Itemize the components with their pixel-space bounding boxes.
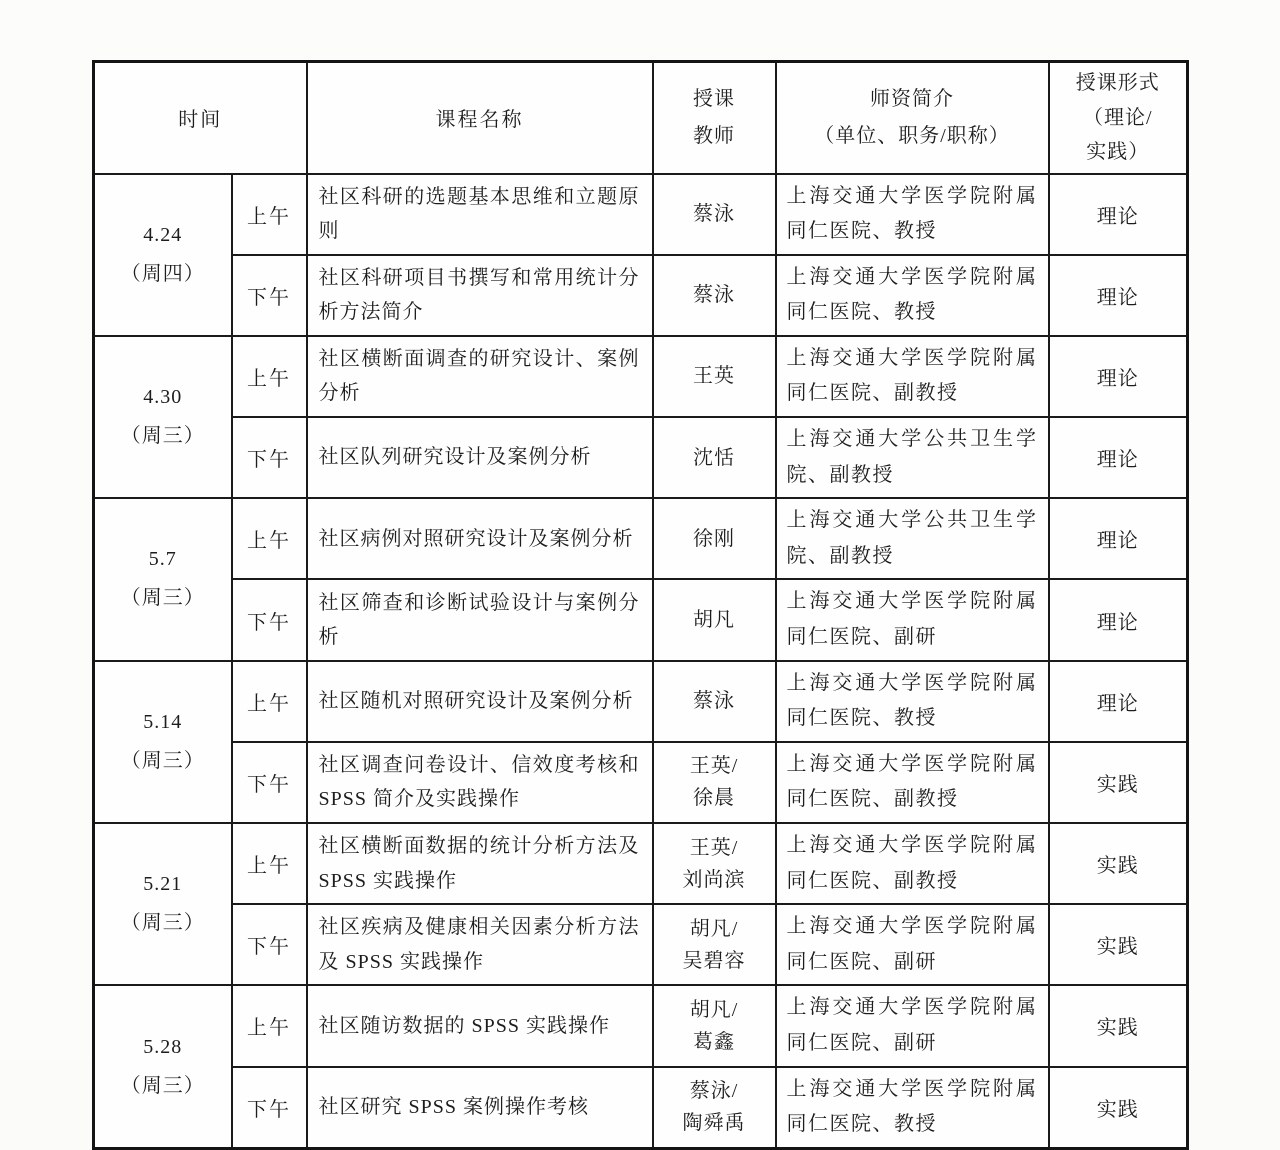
course-cell: 社区疾病及健康相关因素分析方法及 SPSS 实践操作 <box>307 904 653 985</box>
date-text: 5.14 <box>143 711 182 733</box>
teacher-cell: 蔡泳 <box>653 174 776 255</box>
profile-cell: 上海交通大学医学院附属同仁医院、副教授 <box>776 823 1049 904</box>
form-cell: 理论 <box>1049 579 1188 660</box>
date-text: 4.24 <box>143 224 182 246</box>
table-row: 下午 社区科研项目书撰写和常用统计分析方法简介 蔡泳 上海交通大学医学院附属同仁… <box>94 255 1188 336</box>
form-cell: 理论 <box>1049 255 1188 336</box>
table-row: 下午 社区调查问卷设计、信效度考核和 SPSS 简介及实践操作 王英/ 徐晨 上… <box>94 742 1188 823</box>
course-cell: 社区横断面调查的研究设计、案例分析 <box>307 336 653 417</box>
profile-cell: 上海交通大学公共卫生学院、副教授 <box>776 417 1049 498</box>
period-cell: 下午 <box>232 255 307 336</box>
course-schedule-table: 时间 课程名称 授课 教师 师资简介 （单位、职务/职称） 授课形式 （理论/ … <box>92 60 1189 1150</box>
table-row: 4.24（周四） 上午 社区科研的选题基本思维和立题原则 蔡泳 上海交通大学医学… <box>94 174 1188 255</box>
course-cell: 社区队列研究设计及案例分析 <box>307 417 653 498</box>
weekday-text: （周三） <box>121 912 205 934</box>
date-cell: 5.21（周三） <box>94 823 232 985</box>
period-cell: 上午 <box>232 336 307 417</box>
table-row: 5.21（周三） 上午 社区横断面数据的统计分析方法及 SPSS 实践操作 王英… <box>94 823 1188 904</box>
profile-cell: 上海交通大学医学院附属同仁医院、教授 <box>776 1067 1049 1149</box>
table-row: 5.14（周三） 上午 社区随机对照研究设计及案例分析 蔡泳 上海交通大学医学院… <box>94 661 1188 742</box>
teacher-cell: 蔡泳 <box>653 255 776 336</box>
profile-cell: 上海交通大学医学院附属同仁医院、副教授 <box>776 742 1049 823</box>
profile-cell: 上海交通大学医学院附属同仁医院、副研 <box>776 985 1049 1066</box>
table-row: 下午 社区疾病及健康相关因素分析方法及 SPSS 实践操作 胡凡/ 吴碧容 上海… <box>94 904 1188 985</box>
table-row: 5.28（周三） 上午 社区随访数据的 SPSS 实践操作 胡凡/ 葛鑫 上海交… <box>94 985 1188 1066</box>
profile-cell: 上海交通大学医学院附属同仁医院、教授 <box>776 174 1049 255</box>
form-cell: 实践 <box>1049 742 1188 823</box>
course-cell: 社区调查问卷设计、信效度考核和 SPSS 简介及实践操作 <box>307 742 653 823</box>
table-row: 5.7（周三） 上午 社区病例对照研究设计及案例分析 徐刚 上海交通大学公共卫生… <box>94 498 1188 579</box>
course-cell: 社区研究 SPSS 案例操作考核 <box>307 1067 653 1149</box>
period-cell: 下午 <box>232 904 307 985</box>
date-cell: 5.14（周三） <box>94 661 232 823</box>
date-cell: 4.24（周四） <box>94 174 232 336</box>
course-cell: 社区病例对照研究设计及案例分析 <box>307 498 653 579</box>
teacher-cell: 胡凡/ 吴碧容 <box>653 904 776 985</box>
table-row: 下午 社区研究 SPSS 案例操作考核 蔡泳/ 陶舜禹 上海交通大学医学院附属同… <box>94 1067 1188 1149</box>
period-cell: 上午 <box>232 174 307 255</box>
course-cell: 社区横断面数据的统计分析方法及 SPSS 实践操作 <box>307 823 653 904</box>
table-row: 4.30（周三） 上午 社区横断面调查的研究设计、案例分析 王英 上海交通大学医… <box>94 336 1188 417</box>
profile-cell: 上海交通大学医学院附属同仁医院、教授 <box>776 661 1049 742</box>
date-text: 5.21 <box>143 873 182 895</box>
period-cell: 下午 <box>232 1067 307 1149</box>
teacher-cell: 王英 <box>653 336 776 417</box>
header-time: 时间 <box>94 62 307 174</box>
weekday-text: （周三） <box>121 1075 205 1097</box>
form-cell: 理论 <box>1049 661 1188 742</box>
header-teaching-form: 授课形式 （理论/ 实践） <box>1049 62 1188 174</box>
date-cell: 4.30（周三） <box>94 336 232 498</box>
form-cell: 理论 <box>1049 417 1188 498</box>
weekday-text: （周四） <box>121 263 205 285</box>
table-row: 下午 社区筛查和诊断试验设计与案例分析 胡凡 上海交通大学医学院附属同仁医院、副… <box>94 579 1188 660</box>
teacher-cell: 王英/ 刘尚滨 <box>653 823 776 904</box>
header-teacher-profile: 师资简介 （单位、职务/职称） <box>776 62 1049 174</box>
course-cell: 社区科研的选题基本思维和立题原则 <box>307 174 653 255</box>
teacher-cell: 蔡泳/ 陶舜禹 <box>653 1067 776 1149</box>
period-cell: 下午 <box>232 417 307 498</box>
course-cell: 社区随访数据的 SPSS 实践操作 <box>307 985 653 1066</box>
form-cell: 理论 <box>1049 336 1188 417</box>
course-cell: 社区筛查和诊断试验设计与案例分析 <box>307 579 653 660</box>
form-cell: 实践 <box>1049 904 1188 985</box>
period-cell: 上午 <box>232 661 307 742</box>
profile-cell: 上海交通大学医学院附属同仁医院、副研 <box>776 904 1049 985</box>
date-cell: 5.28（周三） <box>94 985 232 1148</box>
teacher-cell: 徐刚 <box>653 498 776 579</box>
profile-cell: 上海交通大学医学院附属同仁医院、教授 <box>776 255 1049 336</box>
period-cell: 上午 <box>232 823 307 904</box>
teacher-cell: 沈恬 <box>653 417 776 498</box>
period-cell: 上午 <box>232 498 307 579</box>
period-cell: 上午 <box>232 985 307 1066</box>
form-cell: 实践 <box>1049 1067 1188 1149</box>
date-text: 5.28 <box>143 1036 182 1058</box>
header-row: 时间 课程名称 授课 教师 师资简介 （单位、职务/职称） 授课形式 （理论/ … <box>94 62 1188 174</box>
header-teacher: 授课 教师 <box>653 62 776 174</box>
form-cell: 实践 <box>1049 823 1188 904</box>
course-cell: 社区科研项目书撰写和常用统计分析方法简介 <box>307 255 653 336</box>
course-cell: 社区随机对照研究设计及案例分析 <box>307 661 653 742</box>
profile-cell: 上海交通大学医学院附属同仁医院、副教授 <box>776 336 1049 417</box>
form-cell: 理论 <box>1049 498 1188 579</box>
teacher-cell: 胡凡 <box>653 579 776 660</box>
weekday-text: （周三） <box>121 750 205 772</box>
teacher-cell: 王英/ 徐晨 <box>653 742 776 823</box>
date-cell: 5.7（周三） <box>94 498 232 660</box>
teacher-cell: 蔡泳 <box>653 661 776 742</box>
period-cell: 下午 <box>232 579 307 660</box>
profile-cell: 上海交通大学公共卫生学院、副教授 <box>776 498 1049 579</box>
date-text: 4.30 <box>143 386 182 408</box>
form-cell: 理论 <box>1049 174 1188 255</box>
document-page: 时间 课程名称 授课 教师 师资简介 （单位、职务/职称） 授课形式 （理论/ … <box>0 0 1280 1061</box>
period-cell: 下午 <box>232 742 307 823</box>
form-cell: 实践 <box>1049 985 1188 1066</box>
table-row: 下午 社区队列研究设计及案例分析 沈恬 上海交通大学公共卫生学院、副教授 理论 <box>94 417 1188 498</box>
teacher-cell: 胡凡/ 葛鑫 <box>653 985 776 1066</box>
date-text: 5.7 <box>149 548 177 570</box>
profile-cell: 上海交通大学医学院附属同仁医院、副研 <box>776 579 1049 660</box>
weekday-text: （周三） <box>121 425 205 447</box>
weekday-text: （周三） <box>121 587 205 609</box>
header-course-name: 课程名称 <box>307 62 653 174</box>
